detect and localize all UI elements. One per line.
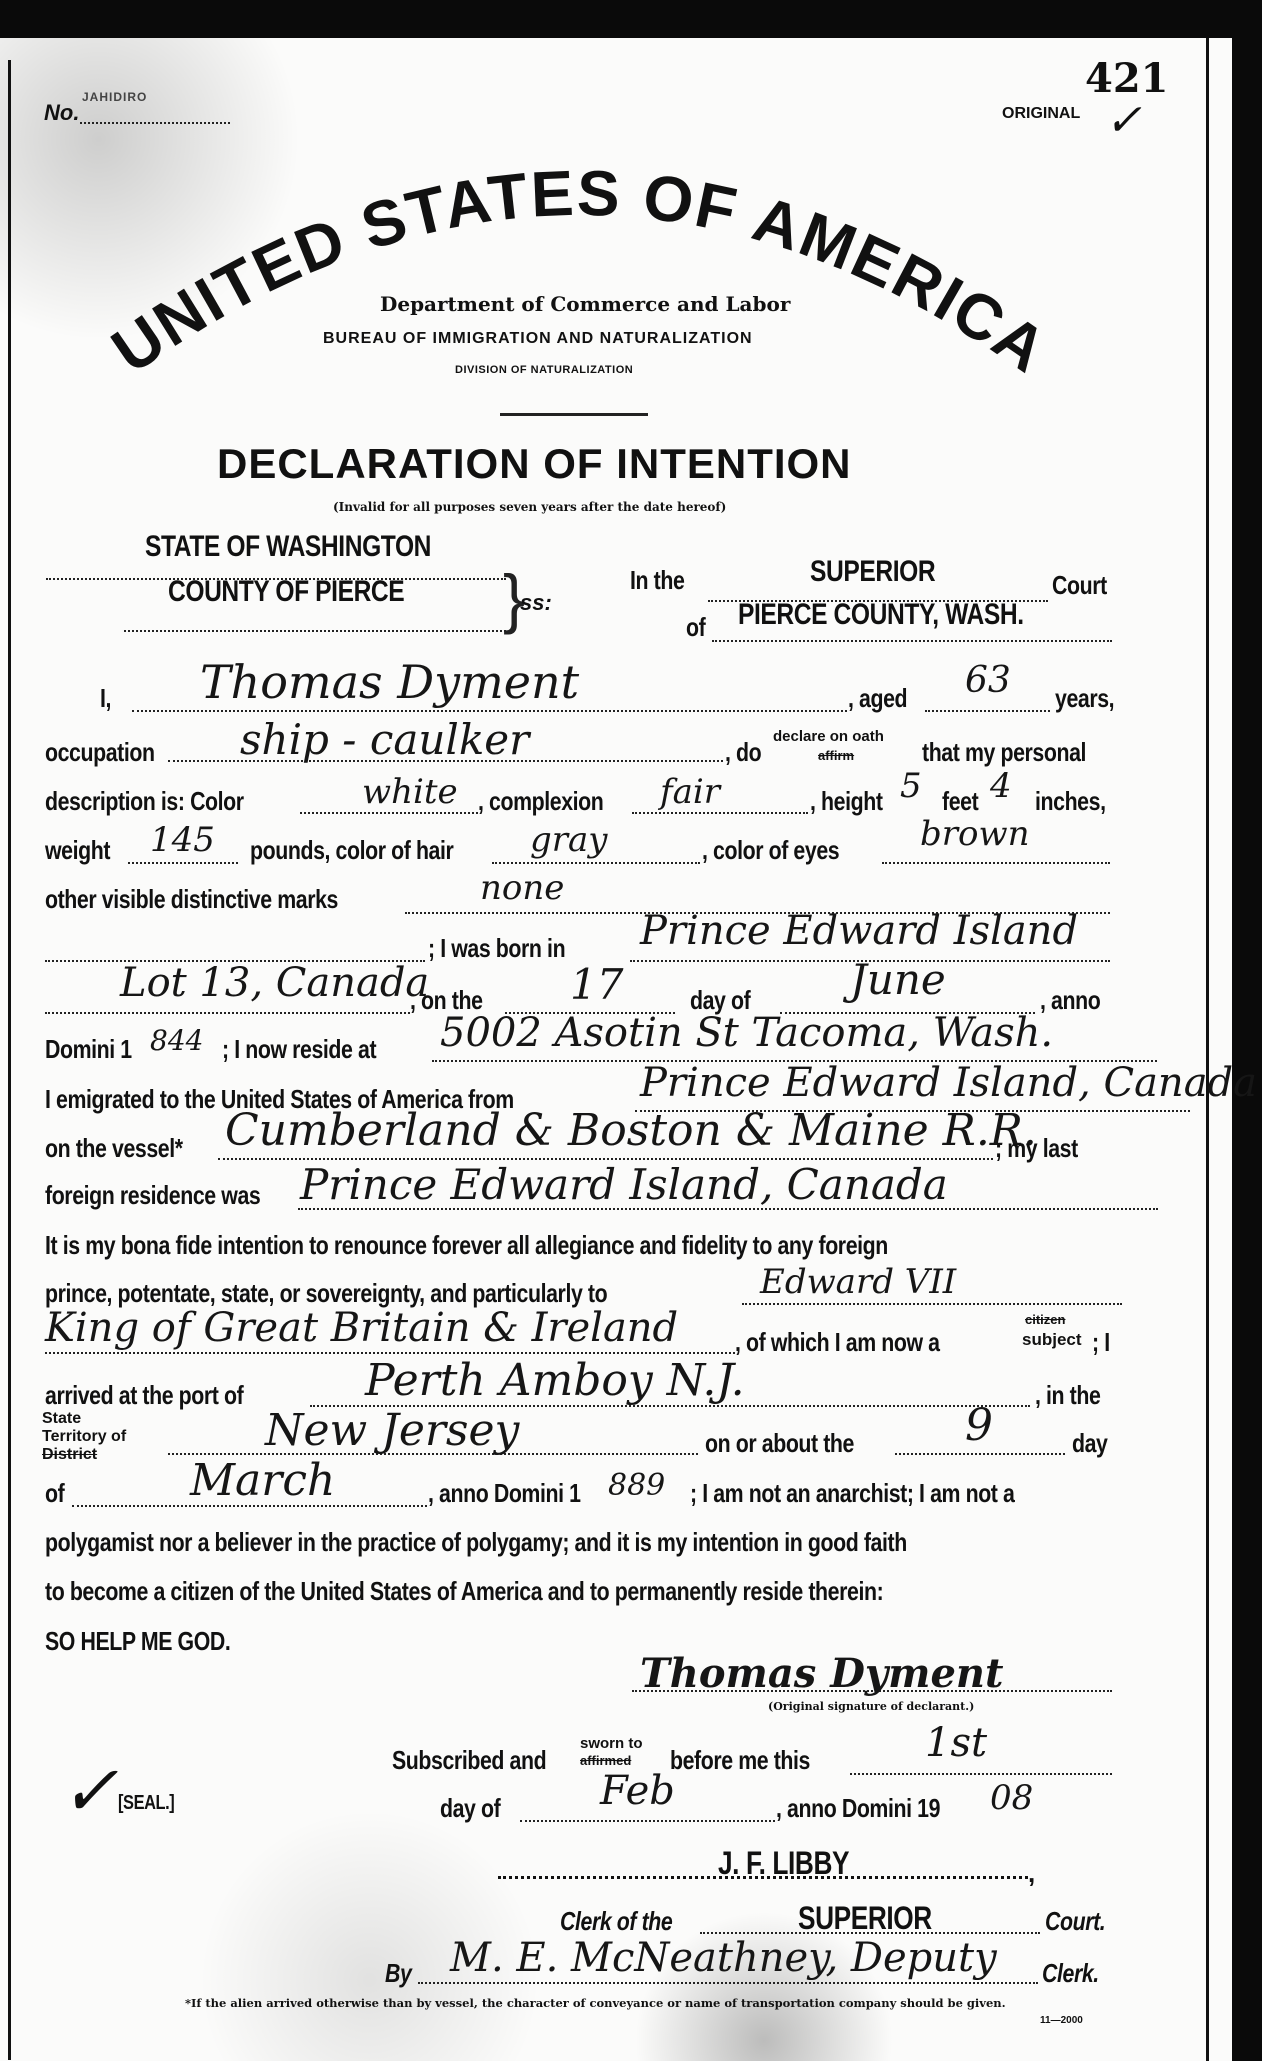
age-value: 63 bbox=[965, 660, 1011, 701]
jurat-day: 1st bbox=[925, 1720, 987, 1766]
eyes-label: , color of eyes bbox=[702, 835, 839, 866]
residence-value: 5002 Asotin St Tacoma, Wash. bbox=[440, 1010, 1053, 1056]
by-label: By bbox=[385, 1958, 411, 1989]
district-option: District bbox=[42, 1446, 97, 1464]
of-label-2: of bbox=[45, 1478, 64, 1509]
occupation-label: occupation bbox=[45, 737, 155, 768]
anno-label-2: , anno Domini 1 bbox=[428, 1478, 581, 1509]
hair-field bbox=[492, 862, 700, 864]
color-field bbox=[300, 812, 478, 814]
height-label: , height bbox=[810, 786, 883, 817]
deputy-signature: M. E. McNeathney, Deputy bbox=[450, 1935, 997, 1981]
inches-label: inches, bbox=[1035, 786, 1106, 817]
vessel-label: on the vessel* bbox=[45, 1133, 183, 1164]
sovereign-field bbox=[742, 1303, 1122, 1305]
height-inches-value: 4 bbox=[990, 766, 1012, 806]
so-help-me-god: SO HELP ME GOD. bbox=[45, 1626, 230, 1657]
arrived-label: arrived at the port of bbox=[45, 1380, 243, 1411]
birthplace-1: Prince Edward Island bbox=[640, 908, 1078, 954]
jurat-year: 08 bbox=[990, 1778, 1033, 1818]
court-location-field bbox=[712, 640, 1112, 642]
clerk-name-field bbox=[498, 1876, 1028, 1879]
number-stamp: JAHIDIRO bbox=[82, 90, 147, 104]
court-name: SUPERIOR bbox=[810, 555, 935, 589]
weight-field bbox=[128, 862, 238, 864]
arrival-state: New Jersey bbox=[265, 1405, 519, 1456]
birth-year: 844 bbox=[150, 1024, 203, 1057]
sovereign-2: King of Great Britain & Ireland bbox=[45, 1305, 678, 1351]
sworn-option: sworn to bbox=[580, 1735, 643, 1752]
jurat-anno-label: , anno Domini 19 bbox=[776, 1793, 940, 1824]
complexion-field bbox=[632, 812, 808, 814]
clerk-of-label: Clerk of the bbox=[560, 1906, 672, 1937]
state-option: State bbox=[42, 1410, 81, 1428]
in-the-label: In the bbox=[630, 565, 684, 596]
validity-note: (Invalid for all purposes seven years af… bbox=[333, 500, 726, 514]
check-mark-icon-2: ✓ bbox=[60, 1750, 119, 1832]
anarchist-label: ; I am not an anarchist; I am not a bbox=[690, 1478, 1014, 1509]
weight-value: 145 bbox=[150, 820, 215, 860]
age-field bbox=[925, 710, 1050, 712]
arrival-day-field bbox=[895, 1453, 1065, 1455]
venue-state: STATE OF WASHINGTON bbox=[145, 530, 431, 564]
arrival-day: 9 bbox=[965, 1400, 993, 1451]
birthplace-2: Lot 13, Canada bbox=[120, 960, 429, 1006]
jurat-month-field bbox=[520, 1820, 775, 1822]
deputy-field bbox=[418, 1982, 1038, 1984]
vessel-footnote: *If the alien arrived otherwise than by … bbox=[185, 1996, 1006, 2010]
birth-month: June bbox=[850, 955, 946, 1004]
i-label: I, bbox=[100, 683, 111, 714]
page-border-left bbox=[8, 60, 11, 2060]
jurat-day-of-label: day of bbox=[440, 1793, 500, 1824]
status-i-label: ; I bbox=[1092, 1327, 1110, 1358]
citizen-line: to become a citizen of the United States… bbox=[45, 1576, 883, 1607]
check-mark-icon: ✓ bbox=[1105, 95, 1142, 146]
height-feet-value: 5 bbox=[900, 766, 922, 806]
seal-label: [SEAL.] bbox=[118, 1792, 174, 1815]
day-label: day bbox=[1072, 1428, 1108, 1459]
form-number: 11—2000 bbox=[1040, 2015, 1083, 2026]
occupation-value: ship - caulker bbox=[240, 715, 529, 764]
about-label: on or about the bbox=[705, 1428, 854, 1459]
venue-county: COUNTY OF PIERCE bbox=[168, 575, 404, 609]
born-label: ; I was born in bbox=[428, 933, 565, 964]
territory-option: Territory of bbox=[42, 1428, 126, 1446]
sovereign-1: Edward VII bbox=[760, 1262, 956, 1302]
name-field bbox=[132, 710, 847, 712]
in-the-label-2: , in the bbox=[1035, 1380, 1100, 1411]
signature-caption: (Original signature of declarant.) bbox=[768, 1700, 974, 1713]
allegiance-line-1: It is my bona fide intention to renounce… bbox=[45, 1230, 888, 1261]
weight-label: weight bbox=[45, 835, 110, 866]
foreign-label: foreign residence was bbox=[45, 1180, 260, 1211]
division-name: DIVISION OF NATURALIZATION bbox=[455, 364, 633, 376]
do-label: , do bbox=[725, 737, 761, 768]
document-title: DECLARATION OF INTENTION bbox=[217, 440, 852, 488]
feet-label: feet bbox=[942, 786, 978, 817]
last-label: ; my last bbox=[995, 1133, 1078, 1164]
marks-label: other visible distinctive marks bbox=[45, 884, 338, 915]
description-label: description is: Color bbox=[45, 786, 244, 817]
sovereign-field-2 bbox=[45, 1352, 735, 1354]
pounds-label: pounds, color of hair bbox=[250, 835, 453, 866]
declarant-signature: Thomas Dyment bbox=[640, 1650, 1003, 1697]
before-label: before me this bbox=[670, 1745, 810, 1776]
port-value: Perth Amboy N.J. bbox=[365, 1355, 745, 1406]
marks-value: none bbox=[480, 868, 564, 908]
court-location: PIERCE COUNTY, WASH. bbox=[738, 598, 1024, 632]
bureau-name: BUREAU OF IMMIGRATION AND NATURALIZATION bbox=[323, 330, 753, 348]
clerk-comma: , bbox=[1028, 1858, 1035, 1889]
years-label: years, bbox=[1055, 683, 1114, 714]
foreign-residence-value: Prince Edward Island, Canada bbox=[300, 1160, 948, 1209]
jurat-day-field bbox=[850, 1773, 1112, 1775]
arrival-year: 889 bbox=[608, 1468, 665, 1503]
subscribed-label: Subscribed and bbox=[392, 1745, 546, 1776]
eyes-value: brown bbox=[920, 814, 1030, 854]
birthplace-field-2 bbox=[45, 1012, 410, 1014]
court-label: Court bbox=[1052, 570, 1107, 601]
reside-label: ; I now reside at bbox=[222, 1034, 376, 1065]
arrival-month: March bbox=[190, 1455, 335, 1506]
which-label: , of which I am now a bbox=[735, 1327, 940, 1358]
scan-edge bbox=[1232, 0, 1262, 2061]
jurat-month: Feb bbox=[600, 1768, 675, 1814]
header-rule bbox=[500, 413, 648, 416]
emigrated-from: Prince Edward Island, Canada bbox=[640, 1060, 1257, 1106]
color-value: white bbox=[362, 772, 458, 812]
complexion-label: , complexion bbox=[478, 786, 603, 817]
hair-value: gray bbox=[530, 820, 608, 860]
of-label: of bbox=[686, 612, 705, 643]
eyes-field bbox=[882, 862, 1110, 864]
personal-label: that my personal bbox=[922, 737, 1086, 768]
number-label: No. bbox=[44, 100, 79, 126]
clerk-label: Clerk. bbox=[1042, 1958, 1099, 1989]
status-option-citizen: citizen bbox=[1025, 1312, 1065, 1327]
oath-option-declare: declare on oath bbox=[773, 728, 884, 745]
vessel-value: Cumberland & Boston & Maine R.R. bbox=[225, 1105, 1037, 1156]
clerk-court: SUPERIOR bbox=[798, 1900, 932, 1937]
page-border-right bbox=[1206, 38, 1209, 2061]
venue-dots-2 bbox=[124, 630, 506, 632]
ss-label: ss: bbox=[520, 590, 552, 616]
aged-label: , aged bbox=[848, 683, 907, 714]
polygamist-line: polygamist nor a believer in the practic… bbox=[45, 1527, 907, 1558]
complexion-value: fair bbox=[660, 772, 720, 812]
clerk-court-label: Court. bbox=[1045, 1906, 1105, 1937]
oath-option-affirm: affirm bbox=[818, 748, 854, 763]
department-name: Department of Commerce and Labor bbox=[380, 292, 790, 316]
status-option-subject: subject bbox=[1022, 1330, 1082, 1350]
affirmed-option: affirmed bbox=[580, 1753, 631, 1768]
birth-day: 17 bbox=[570, 960, 623, 1009]
declarant-name: Thomas Dyment bbox=[200, 655, 579, 709]
domini-label: Domini 1 bbox=[45, 1034, 132, 1065]
